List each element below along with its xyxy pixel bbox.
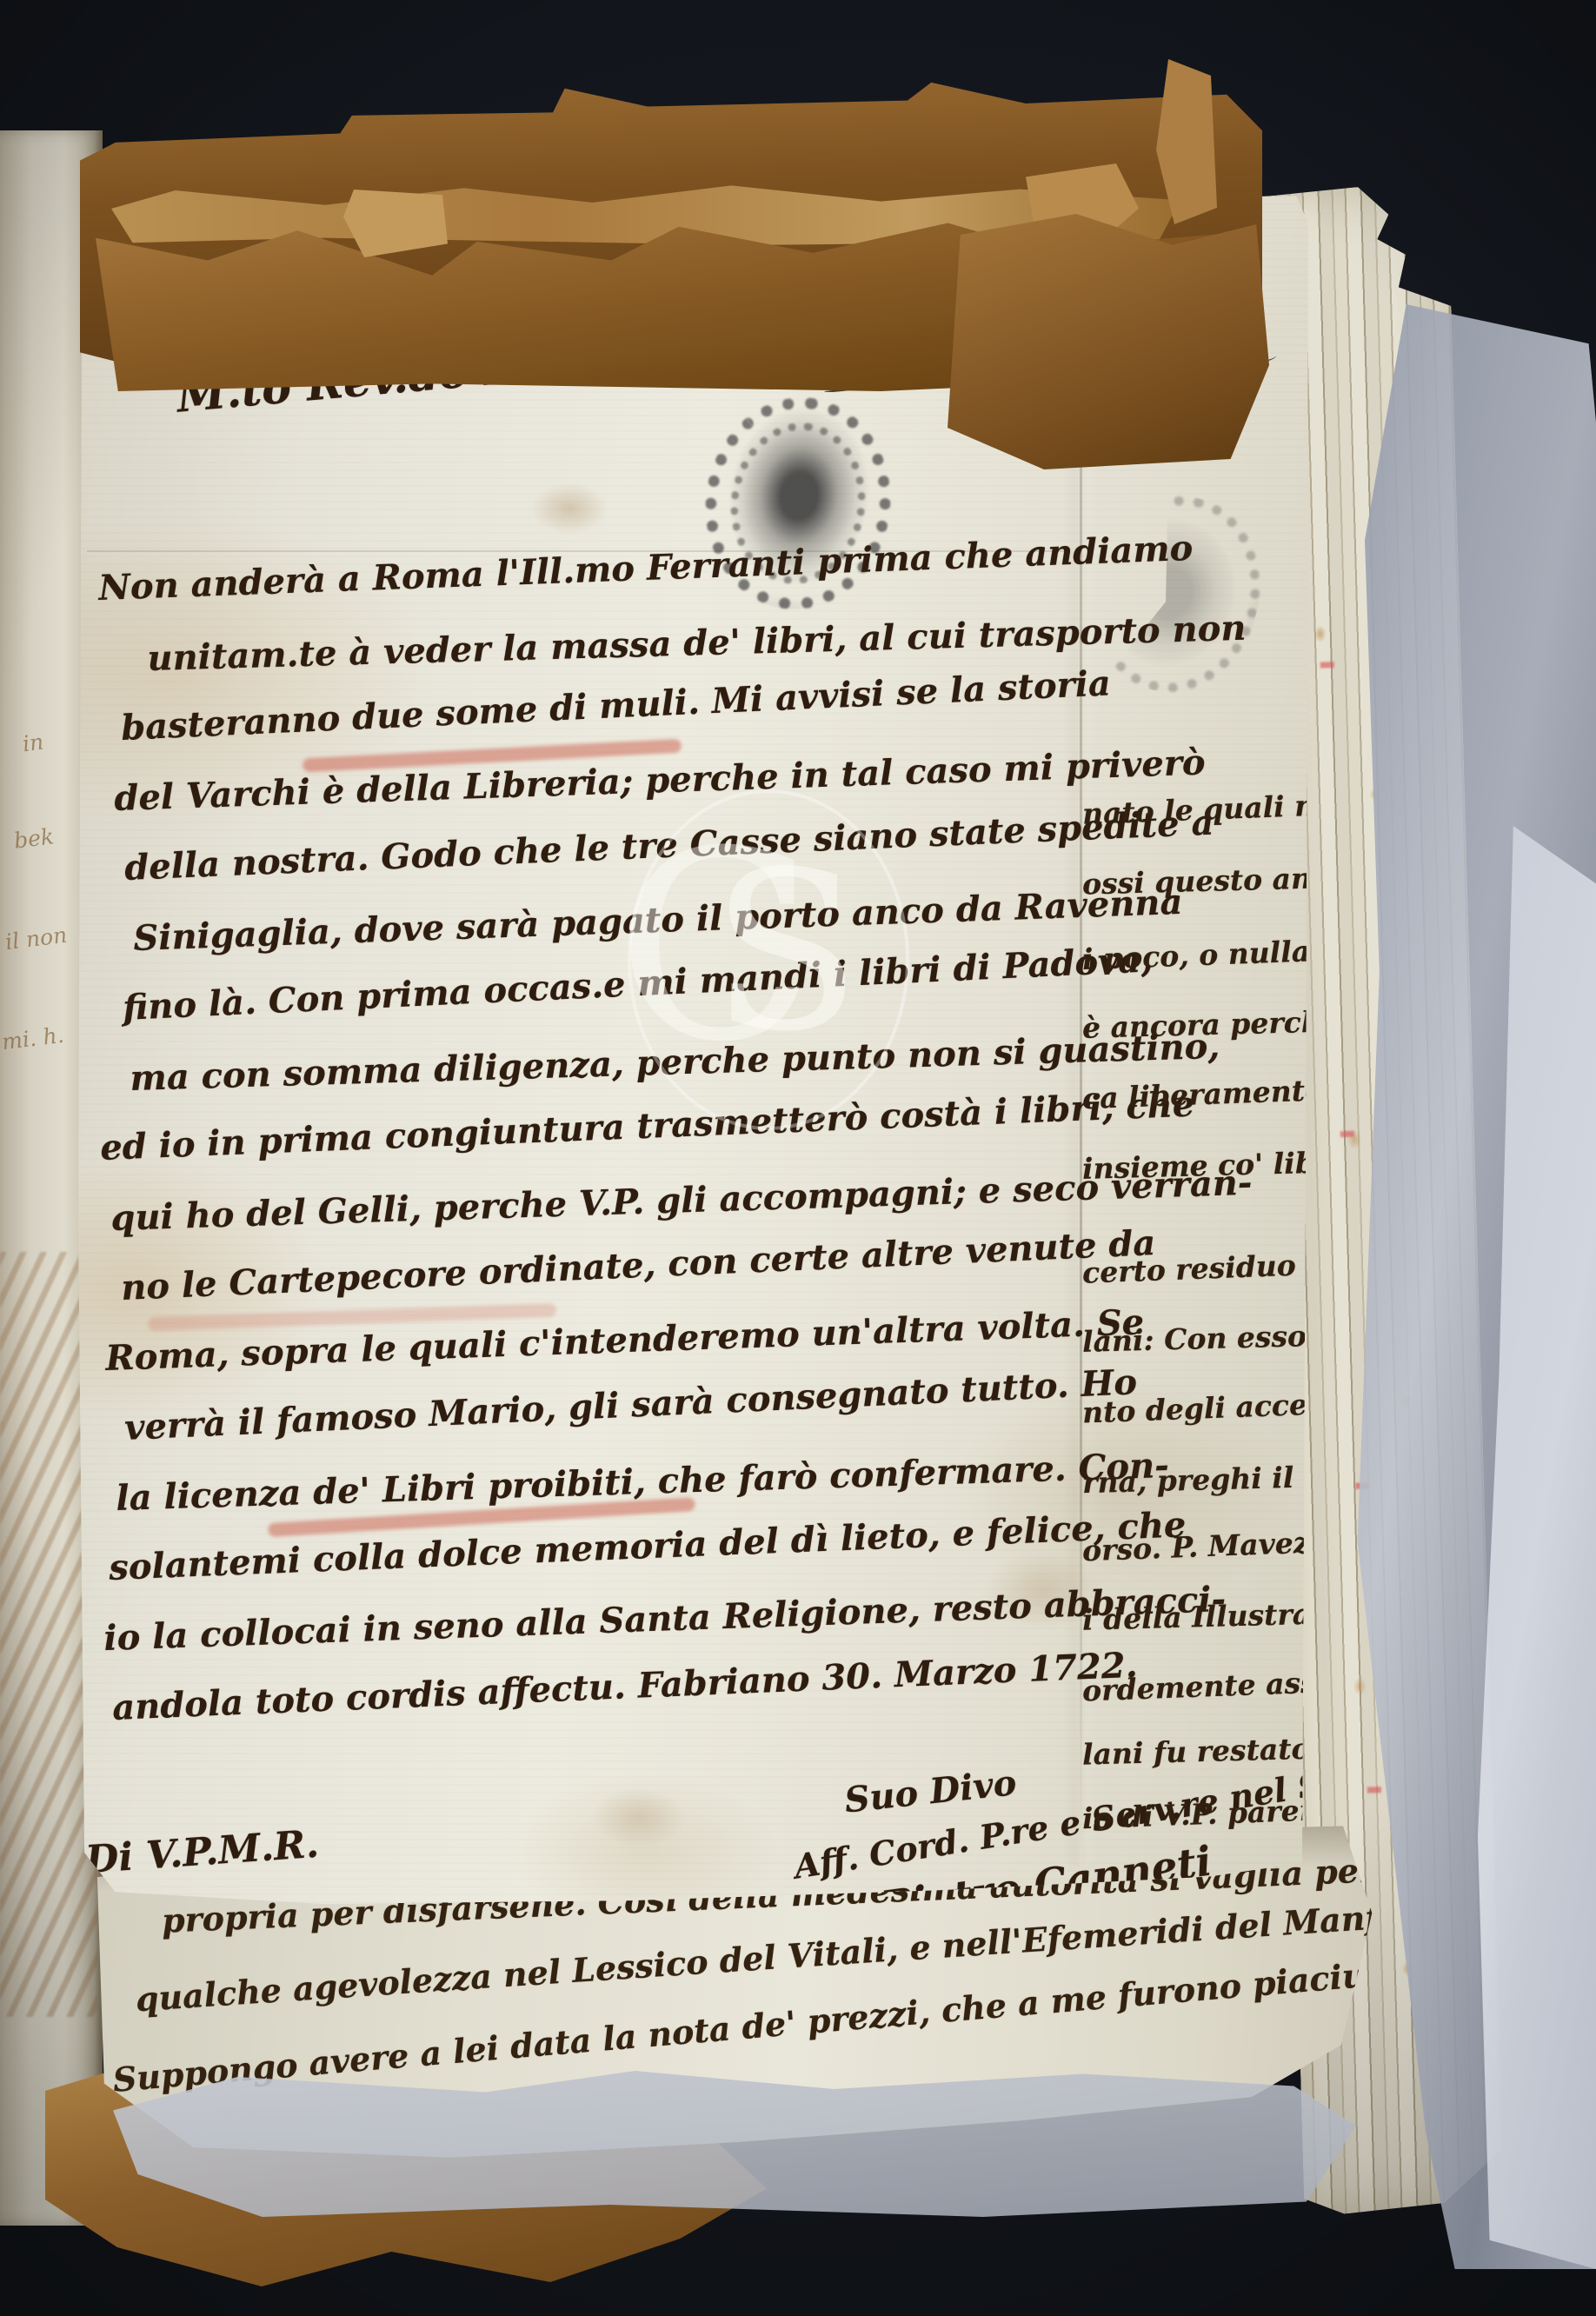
fragment-line: insieme co' libri xyxy=(1082,1145,1342,1186)
red-edge-mark xyxy=(1340,1131,1354,1137)
faded-text-fragment: il non xyxy=(3,922,68,955)
red-edge-mark xyxy=(1367,1787,1381,1793)
red-edge-mark xyxy=(1320,662,1334,668)
fragment-line: è ancora perche xyxy=(1082,1004,1341,1045)
tissue-interleaf-bottom xyxy=(113,2065,1356,2217)
faded-text-fragment: in xyxy=(21,729,44,757)
fragment-line: lani fu restato, xyxy=(1082,1731,1321,1771)
photo-scene: in bek il non mi. h. propria per disfars… xyxy=(0,0,1596,2316)
paper-stain xyxy=(591,1787,687,1847)
letter-body: Non anderà a Roma l'Ill.mo Ferranti prim… xyxy=(99,568,1116,1758)
closing-abbreviation: Di V.P.M.R. xyxy=(84,1822,321,1883)
kraft-paper-corner xyxy=(948,209,1269,469)
fragment-line: rna, preghi il xyxy=(1082,1461,1294,1500)
paper-stain xyxy=(530,482,608,535)
faded-text-fragment: mi. h. xyxy=(0,1022,65,1055)
faded-text-fragment: bek xyxy=(12,823,55,853)
